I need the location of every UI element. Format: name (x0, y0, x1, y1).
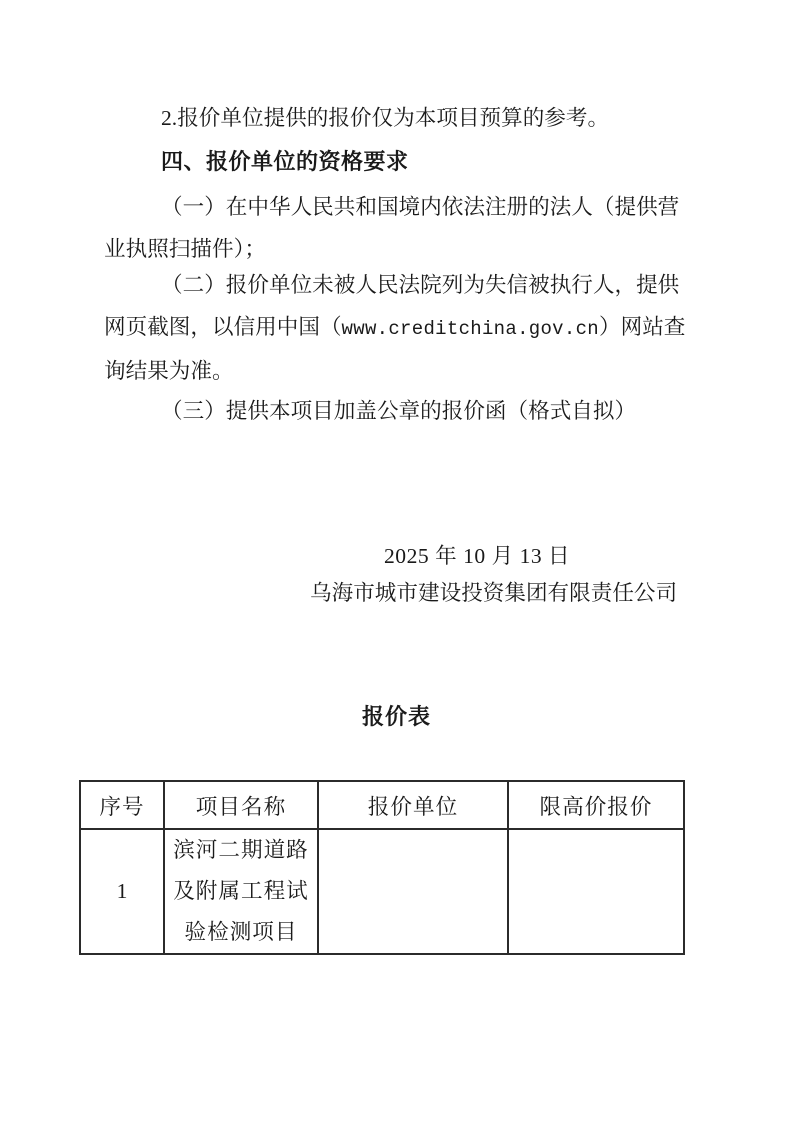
requirement-2-line-3: 询结果为准。 (104, 350, 694, 392)
requirement-1-line-1: （一）在中华人民共和国境内依法注册的法人（提供营 (104, 186, 694, 228)
section-heading: 四、报价单位的资格要求 (104, 141, 694, 183)
note-paragraph: 2.报价单位提供的报价仅为本项目预算的参考。 (104, 97, 694, 139)
signature-company-name: 乌海市城市建设投资集团有限责任公司 (310, 572, 690, 614)
requirement-item-2: （二）报价单位未被人民法院列为失信被执行人，提供 网页截图，以信用中国（www.… (104, 264, 694, 392)
cell-project-name: 滨河二期道路 及附属工程试 验检测项目 (164, 829, 318, 954)
document-page: 2.报价单位提供的报价仅为本项目预算的参考。 四、报价单位的资格要求 （一）在中… (0, 0, 793, 1122)
project-name-line-2: 及附属工程试 (165, 871, 317, 912)
quote-table-header-row: 序号 项目名称 报价单位 限高价报价 (80, 781, 684, 829)
requirement-2-line-1: （二）报价单位未被人民法院列为失信被执行人，提供 (104, 264, 694, 306)
quote-table: 序号 项目名称 报价单位 限高价报价 1 滨河二期道路 及附属工程试 验检测项目 (79, 780, 685, 955)
quote-table-title: 报价表 (0, 696, 793, 738)
requirement-item-3: （三）提供本项目加盖公章的报价函（格式自拟） (104, 390, 694, 432)
header-cell-project-name: 项目名称 (164, 781, 318, 829)
header-cell-max-price: 限高价报价 (508, 781, 684, 829)
signature-date: 2025 年 10 月 13 日 (384, 535, 684, 577)
project-name-line-1: 滨河二期道路 (165, 830, 317, 871)
header-cell-serial-number: 序号 (80, 781, 164, 829)
header-cell-quote-unit: 报价单位 (318, 781, 508, 829)
cell-quote-unit-empty (318, 829, 508, 954)
requirement-2-line-2-prefix: 网页截图，以信用中国（ (104, 315, 342, 339)
cell-serial-number: 1 (80, 829, 164, 954)
requirement-2-line-2: 网页截图，以信用中国（www.creditchina.gov.cn）网站查 (104, 306, 694, 350)
project-name-line-3: 验检测项目 (165, 912, 317, 953)
requirement-item-1: （一）在中华人民共和国境内依法注册的法人（提供营 业执照扫描件）； (104, 186, 694, 270)
quote-table-row-1: 1 滨河二期道路 及附属工程试 验检测项目 (80, 829, 684, 954)
cell-max-price-empty (508, 829, 684, 954)
creditchina-url: www.creditchina.gov.cn (342, 318, 599, 340)
requirement-2-line-2-suffix: ）网站查 (599, 315, 685, 339)
